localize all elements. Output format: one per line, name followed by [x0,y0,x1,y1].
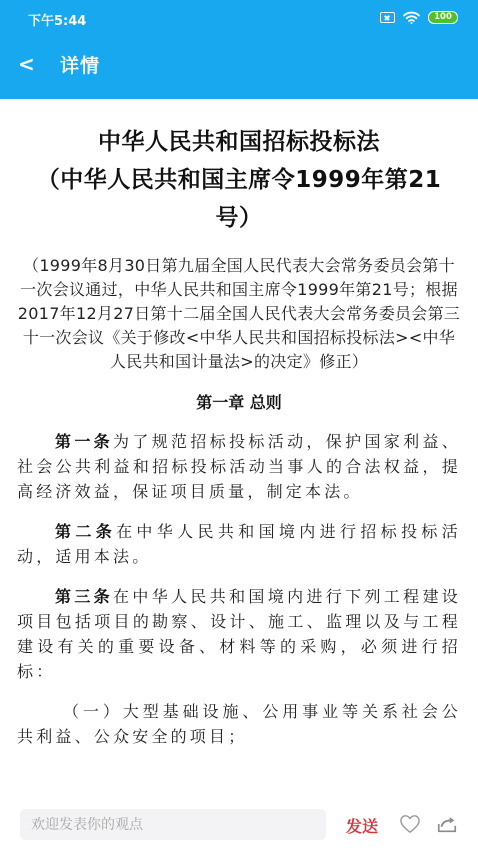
article-label: 第一条 [55,432,113,451]
wifi-icon [403,11,420,24]
share-icon[interactable] [436,813,458,835]
article-item: （一）大型基础设施、公用事业等关系社会公共利益、公众安全的项目； [17,699,461,749]
battery-icon: 100 [428,11,458,24]
document-title-line1: 中华人民共和国招标投标法 [17,123,461,161]
page-title: 详情 [60,51,100,78]
document-subtitle: （1999年8月30日第九届全国人民代表大会常务委员会第十一次会议通过，中华人民… [17,254,461,374]
status-bar: 下午5:44 100 [0,0,478,36]
title-bar: < 详情 [0,36,478,99]
comment-bar: 发送 [0,800,478,850]
document-title: 中华人民共和国招标投标法 （中华人民共和国主席令1999年第21号） [17,123,461,237]
status-icons: 100 [380,11,458,24]
chapter-heading: 第一章 总则 [17,391,461,415]
article-content[interactable]: 中华人民共和国招标投标法 （中华人民共和国主席令1999年第21号） （1999… [0,99,478,799]
app-header: 下午5:44 100 < 详情 [0,0,478,99]
heart-outline-icon[interactable] [399,814,421,834]
article-label: 第三条 [55,587,113,606]
status-time: 下午5:44 [28,10,86,29]
article-paragraph: 第一条为了规范招标投标活动，保护国家利益、社会公共利益和招标投标活动当事人的合法… [17,429,461,504]
article-paragraph: 第二条在中华人民共和国境内进行招标投标活动，适用本法。 [17,519,461,569]
article-label: 第二条 [55,522,116,541]
document-title-line2: （中华人民共和国主席令1999年第21号） [17,161,461,237]
no-sim-icon [380,12,395,23]
back-icon[interactable]: < [18,50,40,78]
article-paragraph: 第三条在中华人民共和国境内进行下列工程建设项目包括项目的勘察、设计、施工、监理以… [17,584,461,684]
send-button[interactable]: 发送 [346,814,378,837]
comment-input[interactable] [20,809,326,840]
